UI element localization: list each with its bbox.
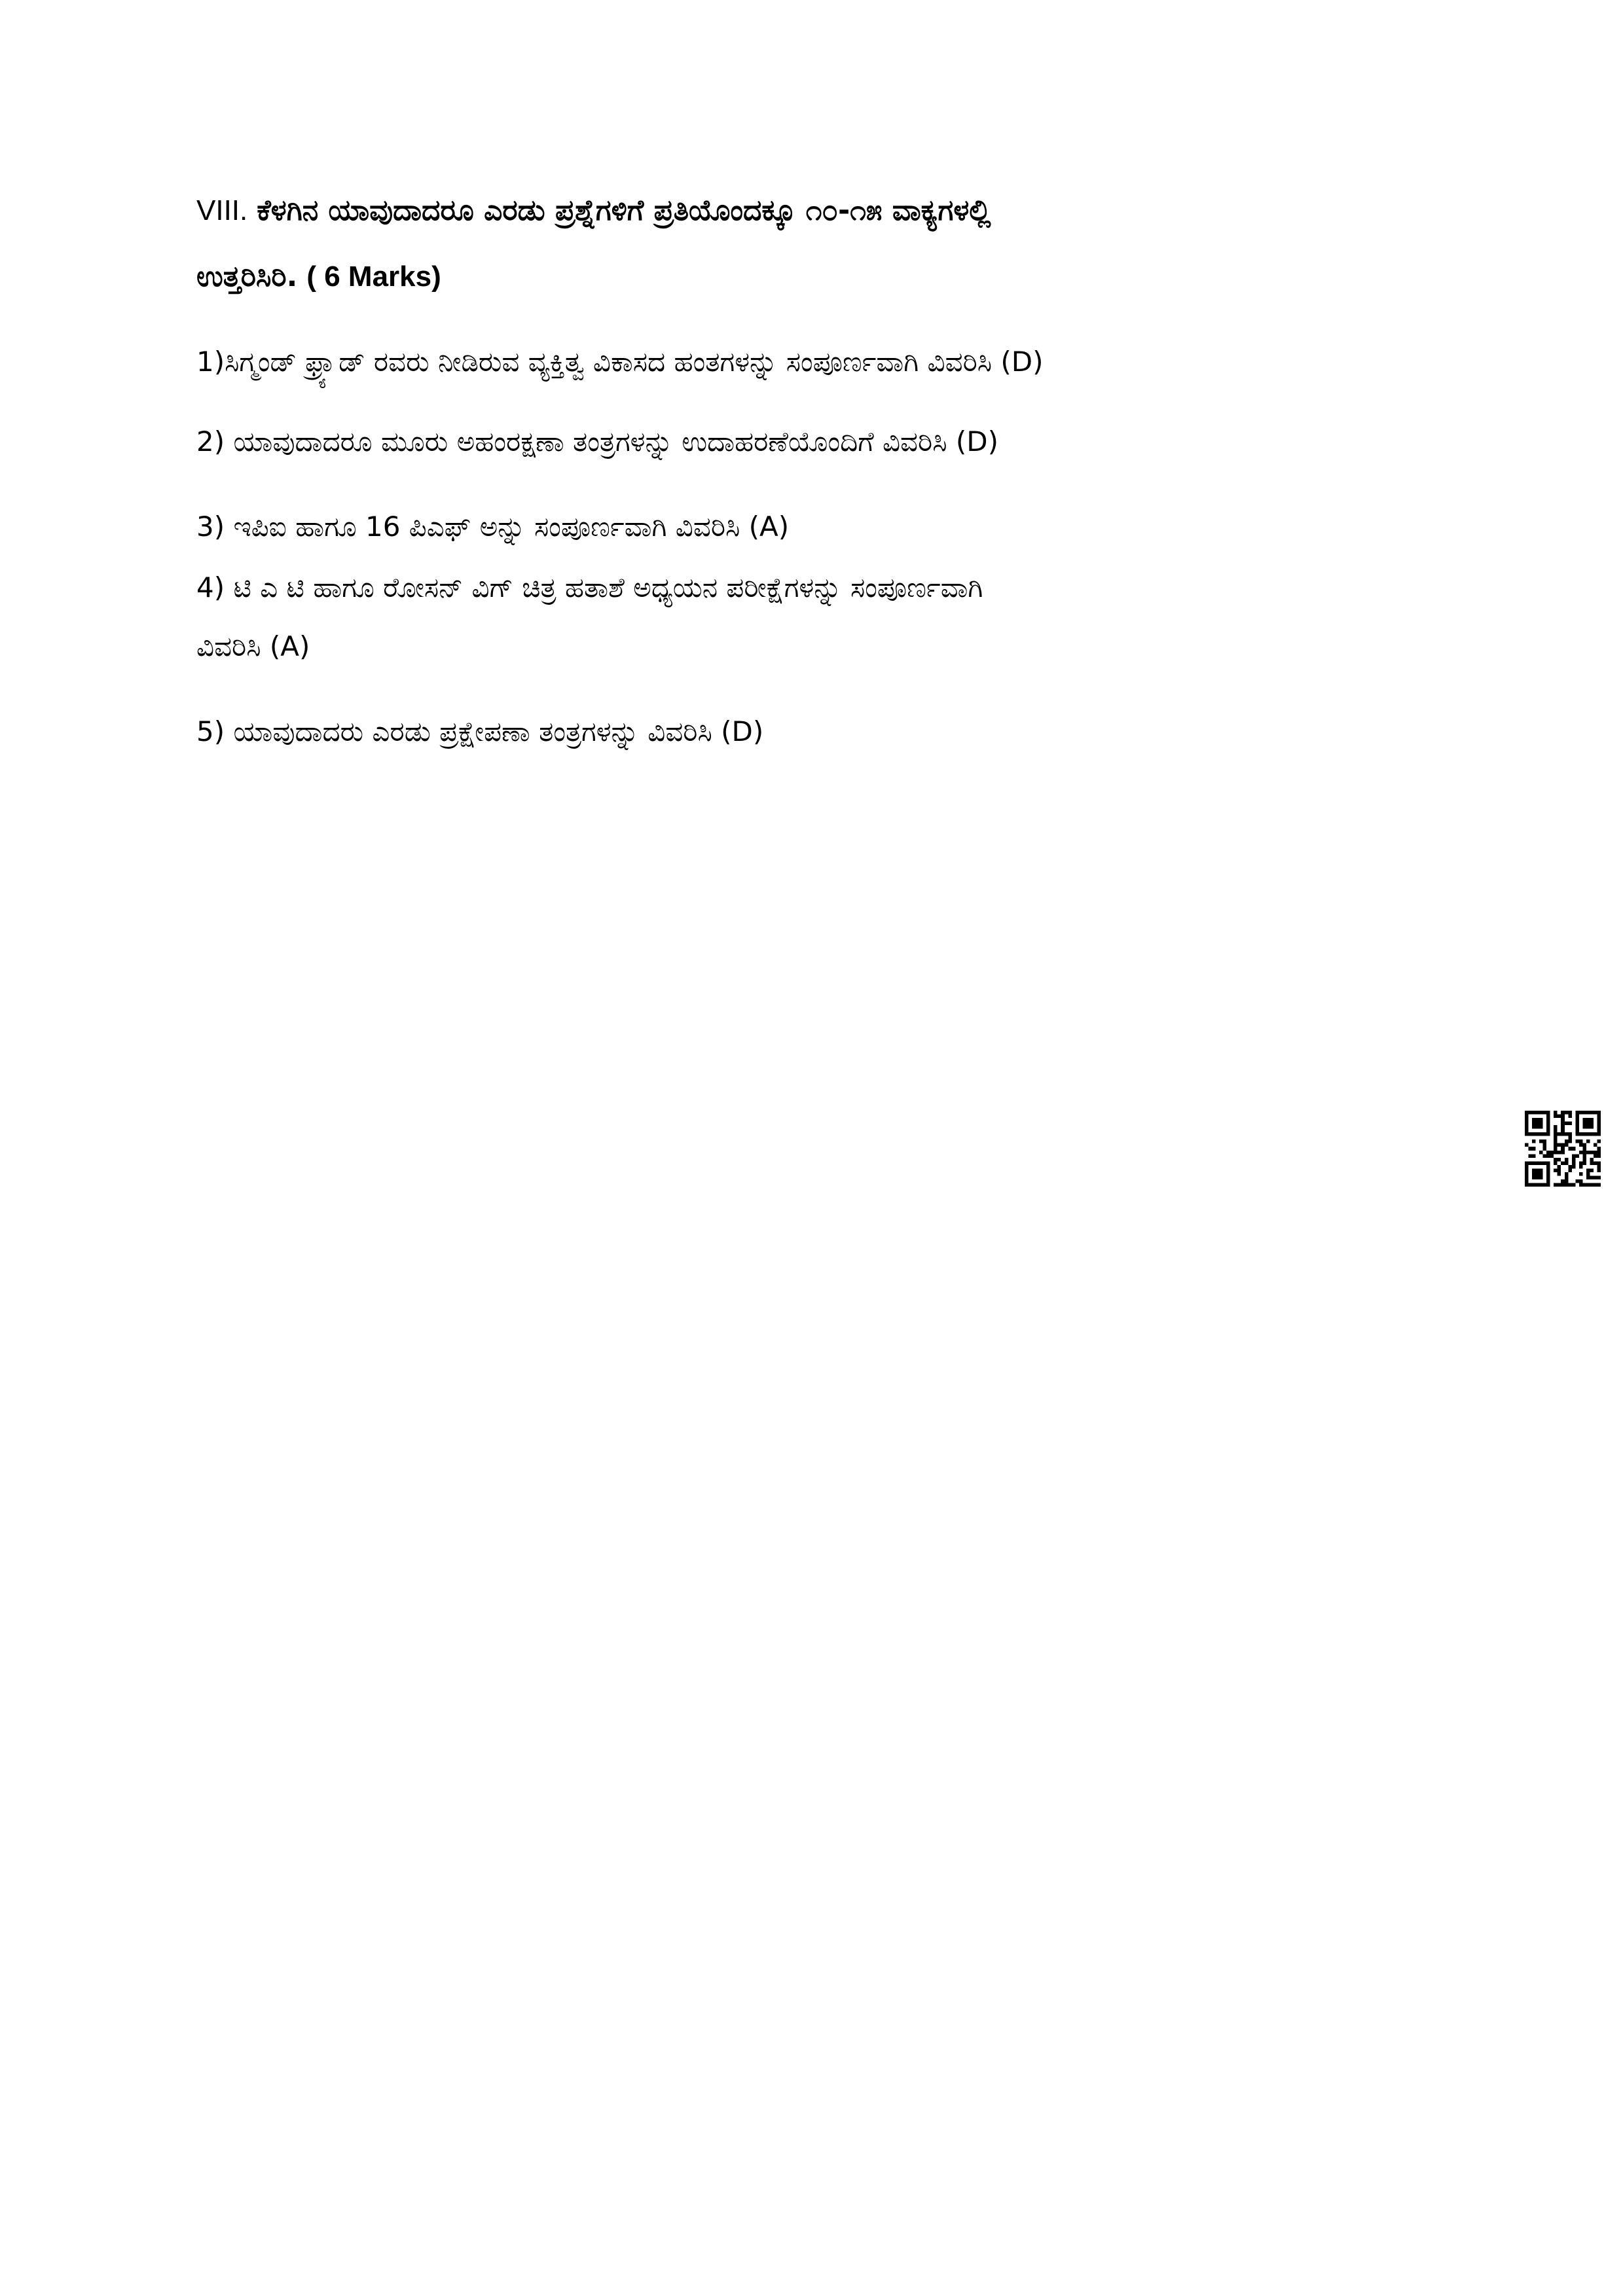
question-1: 1)ಸಿಗ್ಮಂಡ್ ಫ್ರ್ಯಾಡ್ ರವರು ನೀಡಿರುವ ವ್ಯಕ್ತಿ… xyxy=(196,342,1044,382)
document-page: VIII. ಕೆಳಗಿನ ಯಾವುದಾದರೂ ಎರಡು ಪ್ರಶ್ನೆಗಳಿಗೆ… xyxy=(0,0,1623,2296)
question-5: 5) ಯಾವುದಾದರು ಎರಡು ಪ್ರಕ್ಷೇಪಣಾ ತಂತ್ರಗಳನ್ನು… xyxy=(196,712,763,751)
question-4-continuation: ವಿವರಿಸಿ (A) xyxy=(196,627,310,666)
question-2: 2) ಯಾವುದಾದರೂ ಮೂರು ಅಹಂರಕ್ಷಣಾ ತಂತ್ರಗಳನ್ನು … xyxy=(196,422,998,461)
section-heading: VIII. ಕೆಳಗಿನ ಯಾವುದಾದರೂ ಎರಡು ಪ್ರಶ್ನೆಗಳಿಗೆ… xyxy=(196,191,991,230)
section-number: VIII. xyxy=(196,194,247,226)
qr-code-icon xyxy=(1525,1111,1601,1187)
marks-label: ( 6 Marks) xyxy=(306,260,441,293)
question-3: 3) ಇಪಿಐ ಹಾಗೂ 16 ಪಿಎಫ್ ಅನ್ನು ಸಂಪೂರ್ಣವಾಗಿ … xyxy=(196,507,789,547)
section-heading-text-2: ಉತ್ತರಿಸಿರಿ. xyxy=(196,260,297,293)
question-4: 4) ಟಿ ಎ ಟಿ ಹಾಗೂ ರೋಸನ್ ವಿಗ್ ಚಿತ್ರ ಹತಾಶೆ ಅ… xyxy=(196,568,983,607)
section-heading-text: ಕೆಳಗಿನ ಯಾವುದಾದರೂ ಎರಡು ಪ್ರಶ್ನೆಗಳಿಗೆ ಪ್ರತಿ… xyxy=(257,194,991,227)
section-heading-continuation: ಉತ್ತರಿಸಿರಿ. ( 6 Marks) xyxy=(196,257,441,296)
